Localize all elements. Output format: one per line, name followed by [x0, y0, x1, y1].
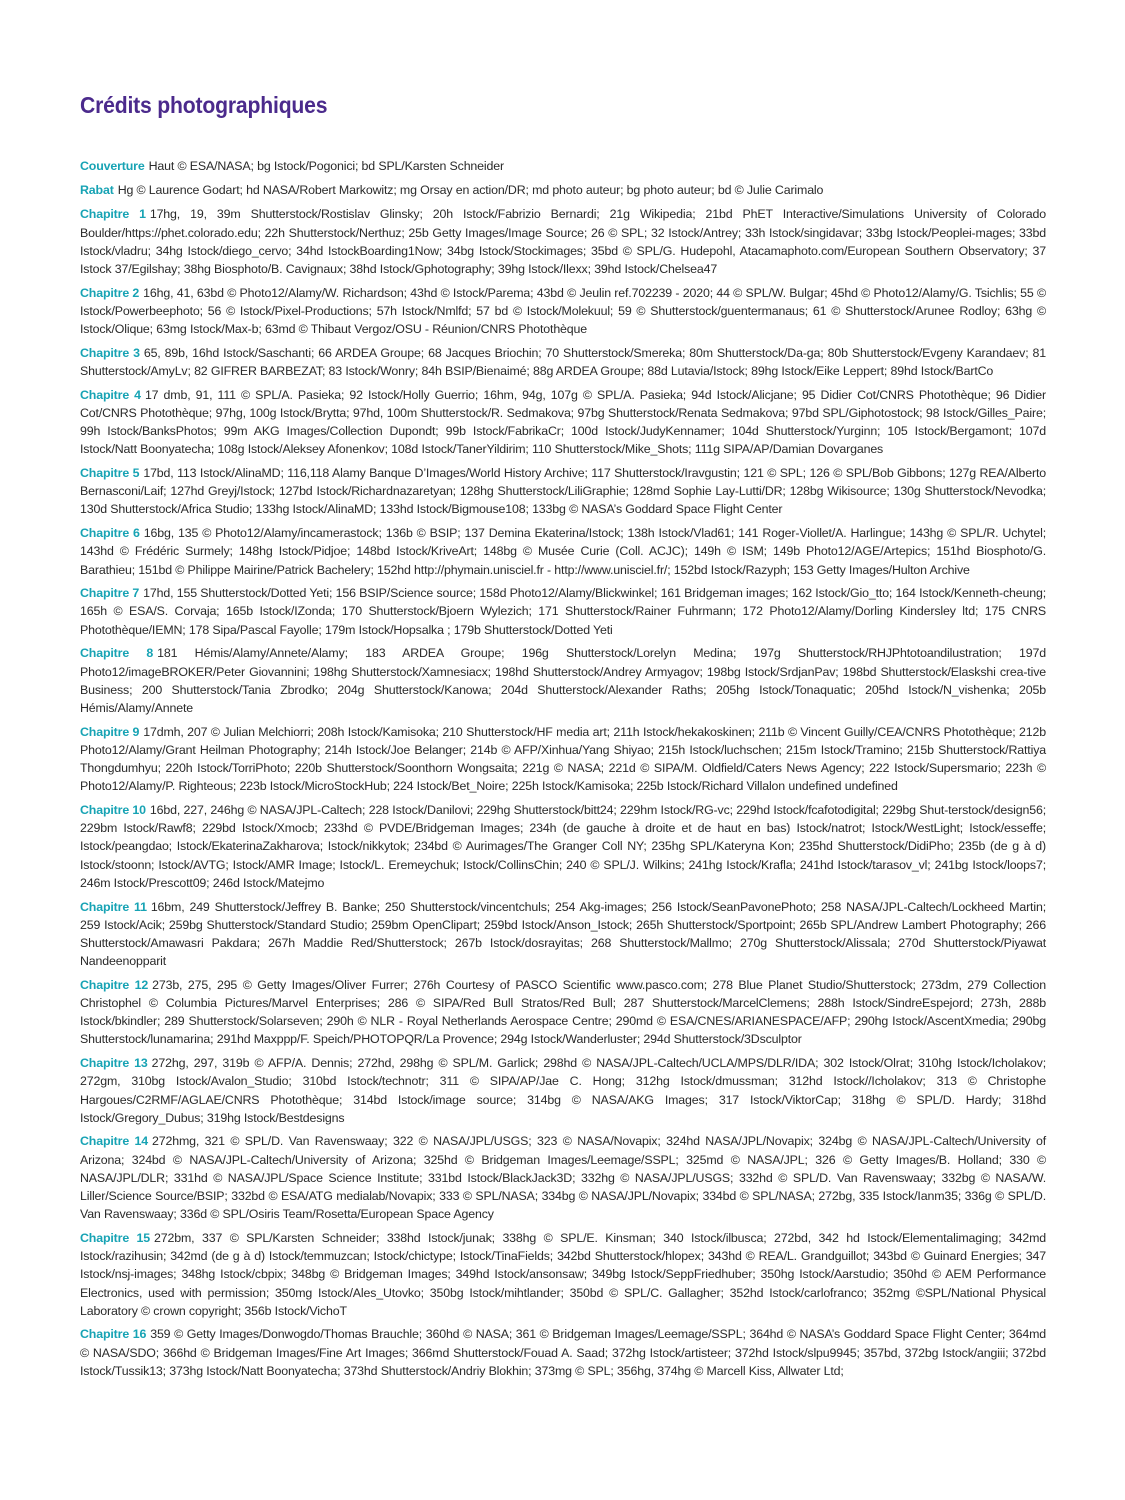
entry-label: Chapitre 1 [80, 207, 146, 221]
entry-text: 16hg, 41, 63bd © Photo12/Alamy/W. Richar… [80, 286, 1046, 336]
entry-label: Chapitre 3 [80, 346, 140, 360]
page-title: Crédits photographiques [80, 92, 969, 119]
entry-label: Rabat [80, 183, 114, 197]
credit-entry-chapitre-8: Chapitre 8181 Hémis/Alamy/Annete/Alamy; … [80, 644, 1046, 717]
entry-text: 273b, 275, 295 © Getty Images/Oliver Fur… [80, 978, 1046, 1047]
credit-entry-chapitre-16: Chapitre 16359 © Getty Images/Donwogdo/T… [80, 1325, 1046, 1380]
credit-entry-chapitre-7: Chapitre 717hd, 155 Shutterstock/Dotted … [80, 584, 1046, 639]
entry-label: Chapitre 14 [80, 1134, 148, 1148]
credit-entry-chapitre-4: Chapitre 417 dmb, 91, 111 © SPL/A. Pasie… [80, 386, 1046, 459]
credit-entry-chapitre-14: Chapitre 14272hmg, 321 © SPL/D. Van Rave… [80, 1132, 1046, 1223]
entry-label: Chapitre 15 [80, 1231, 150, 1245]
entry-label: Couverture [80, 159, 145, 173]
entry-label: Chapitre 12 [80, 978, 148, 992]
entry-text: 16bd, 227, 246hg © NASA/JPL-Caltech; 228… [80, 803, 1046, 890]
entry-label: Chapitre 9 [80, 725, 139, 739]
entry-text: Haut © ESA/NASA; bg Istock/Pogonici; bd … [149, 159, 504, 173]
entry-label: Chapitre 4 [80, 388, 141, 402]
credit-entry-chapitre-10: Chapitre 1016bd, 227, 246hg © NASA/JPL-C… [80, 801, 1046, 892]
entry-text: Hg © Laurence Godart; hd NASA/Robert Mar… [118, 183, 824, 197]
credit-entry-chapitre-1: Chapitre 117hg, 19, 39m Shutterstock/Ros… [80, 205, 1046, 278]
entry-text: 16bg, 135 © Photo12/Alamy/incamerastock;… [80, 526, 1046, 576]
entry-text: 17hg, 19, 39m Shutterstock/Rostislav Gli… [80, 207, 1046, 276]
entry-label: Chapitre 13 [80, 1056, 148, 1070]
credit-entry-chapitre-12: Chapitre 12273b, 275, 295 © Getty Images… [80, 976, 1046, 1049]
entry-text: 17dmh, 207 © Julian Melchiorri; 208h Ist… [80, 725, 1046, 794]
entry-text: 181 Hémis/Alamy/Annete/Alamy; 183 ARDEA … [80, 646, 1046, 715]
credit-entry-chapitre-11: Chapitre 1116bm, 249 Shutterstock/Jeffre… [80, 898, 1046, 971]
credit-entry-chapitre-9: Chapitre 917dmh, 207 © Julian Melchiorri… [80, 723, 1046, 796]
entry-text: 65, 89b, 16hd Istock/Saschanti; 66 ARDEA… [80, 346, 1046, 378]
entry-label: Chapitre 7 [80, 586, 139, 600]
credit-entry-chapitre-3: Chapitre 365, 89b, 16hd Istock/Saschanti… [80, 344, 1046, 380]
entry-text: 272bm, 337 © SPL/Karsten Schneider; 338h… [80, 1231, 1046, 1318]
entry-label: Chapitre 5 [80, 466, 139, 480]
entry-text: 17hd, 155 Shutterstock/Dotted Yeti; 156 … [80, 586, 1046, 636]
credit-entry-couverture: CouvertureHaut © ESA/NASA; bg Istock/Pog… [80, 157, 1046, 175]
entry-text: 16bm, 249 Shutterstock/Jeffrey B. Banke;… [80, 900, 1046, 969]
credit-entry-chapitre-2: Chapitre 216hg, 41, 63bd © Photo12/Alamy… [80, 284, 1046, 339]
entry-label: Chapitre 11 [80, 900, 147, 914]
entry-text: 359 © Getty Images/Donwogdo/Thomas Brauc… [80, 1327, 1046, 1377]
entry-text: 272hmg, 321 © SPL/D. Van Ravenswaay; 322… [80, 1134, 1046, 1221]
entry-label: Chapitre 2 [80, 286, 139, 300]
credit-entry-chapitre-13: Chapitre 13272hg, 297, 319b © AFP/A. Den… [80, 1054, 1046, 1127]
entry-label: Chapitre 16 [80, 1327, 146, 1341]
entry-text: 17 dmb, 91, 111 © SPL/A. Pasieka; 92 Ist… [80, 388, 1046, 457]
credit-entry-chapitre-6: Chapitre 616bg, 135 © Photo12/Alamy/inca… [80, 524, 1046, 579]
credit-entry-chapitre-15: Chapitre 15272bm, 337 © SPL/Karsten Schn… [80, 1229, 1046, 1320]
credit-entry-chapitre-5: Chapitre 517bd, 113 Istock/AlinaMD; 116,… [80, 464, 1046, 519]
entry-text: 17bd, 113 Istock/AlinaMD; 116,118 Alamy … [80, 466, 1046, 516]
credits-page: Crédits photographiques CouvertureHaut ©… [80, 92, 1046, 1386]
credit-entry-rabat: RabatHg © Laurence Godart; hd NASA/Rober… [80, 181, 1046, 199]
entry-text: 272hg, 297, 319b © AFP/A. Dennis; 272hd,… [80, 1056, 1046, 1125]
entry-label: Chapitre 10 [80, 803, 146, 817]
entry-label: Chapitre 8 [80, 646, 153, 660]
entry-label: Chapitre 6 [80, 526, 140, 540]
